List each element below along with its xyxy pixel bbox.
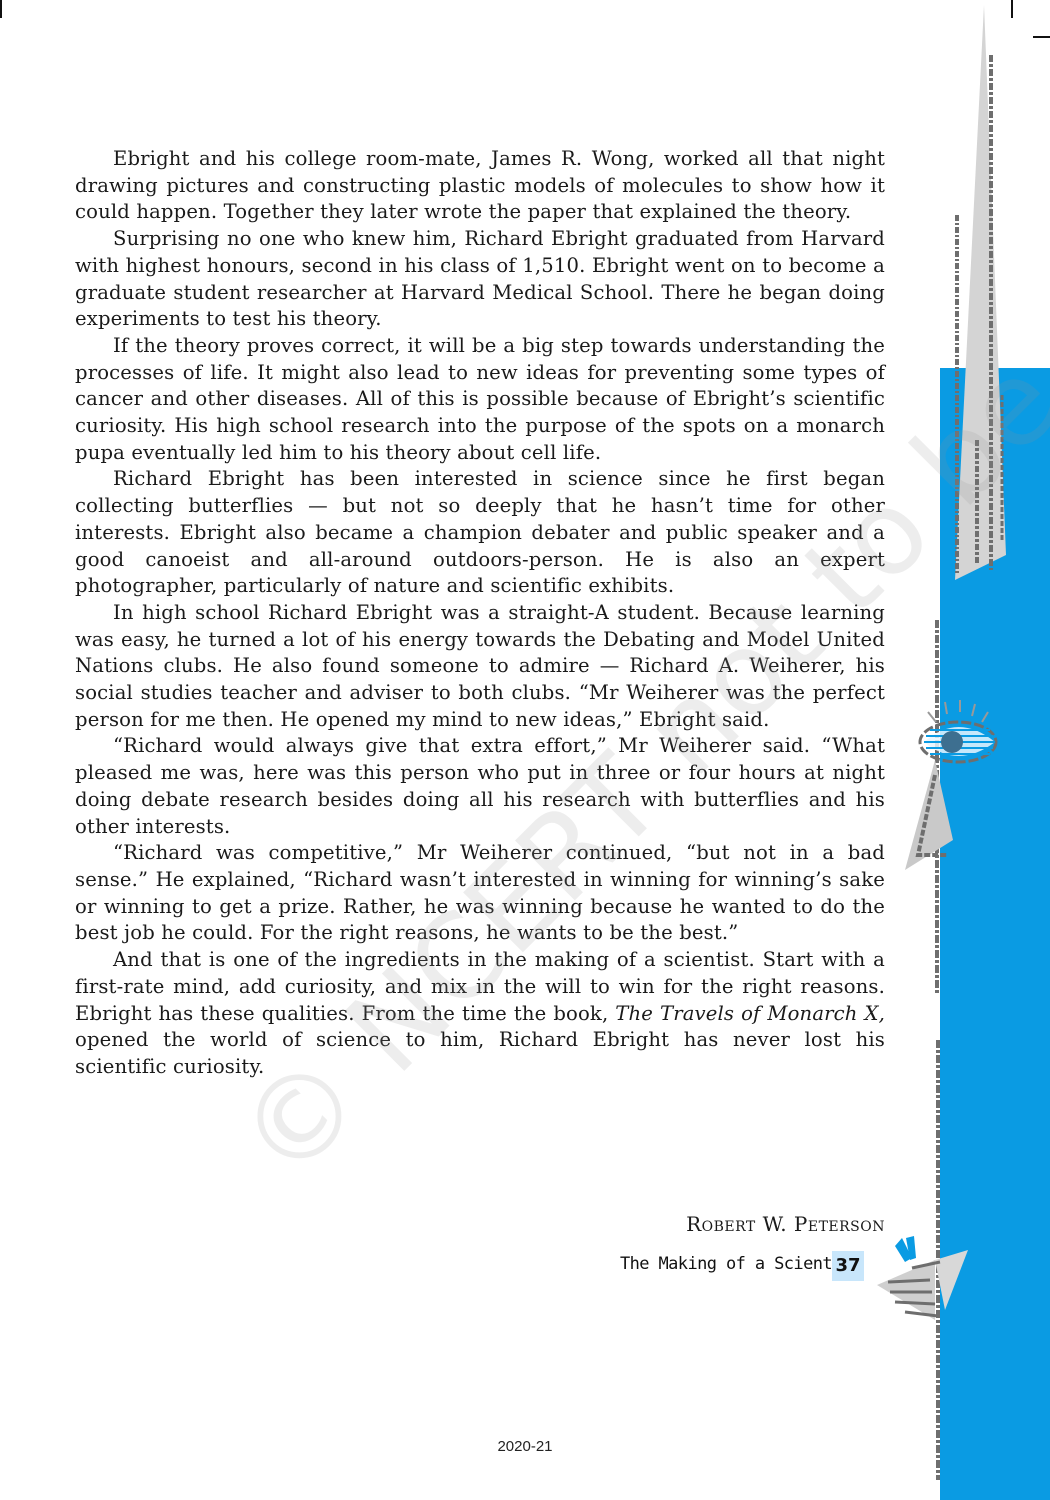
paragraph: If the theory proves correct, it will be… [75, 333, 885, 467]
book-title: The Travels of Monarch X, [615, 1002, 885, 1025]
crop-mark-top-right-v [1011, 0, 1013, 18]
crop-mark-top-left [0, 0, 2, 18]
author-byline: Robert W. Peterson [686, 1212, 885, 1236]
paragraph-final: And that is one of the ingredients in th… [75, 947, 885, 1081]
paragraph: Surprising no one who knew him, Richard … [75, 226, 885, 333]
side-accent-band [940, 368, 1050, 1500]
page-number: 37 [832, 1251, 864, 1281]
paragraph: Ebright and his college room-mate, James… [75, 146, 885, 226]
article-body: Ebright and his college room-mate, James… [75, 146, 885, 1081]
paragraph: “Richard was competitive,” Mr Weiherer c… [75, 840, 885, 947]
crop-mark-top-right-h [1033, 36, 1050, 38]
paragraph: Richard Ebright has been interested in s… [75, 466, 885, 600]
paragraph: In high school Richard Ebright was a str… [75, 600, 885, 734]
edition-year: 2020-21 [0, 1438, 1050, 1455]
paragraph: “Richard would always give that extra ef… [75, 733, 885, 840]
running-footer-title: The Making of a Scientist [620, 1254, 861, 1274]
